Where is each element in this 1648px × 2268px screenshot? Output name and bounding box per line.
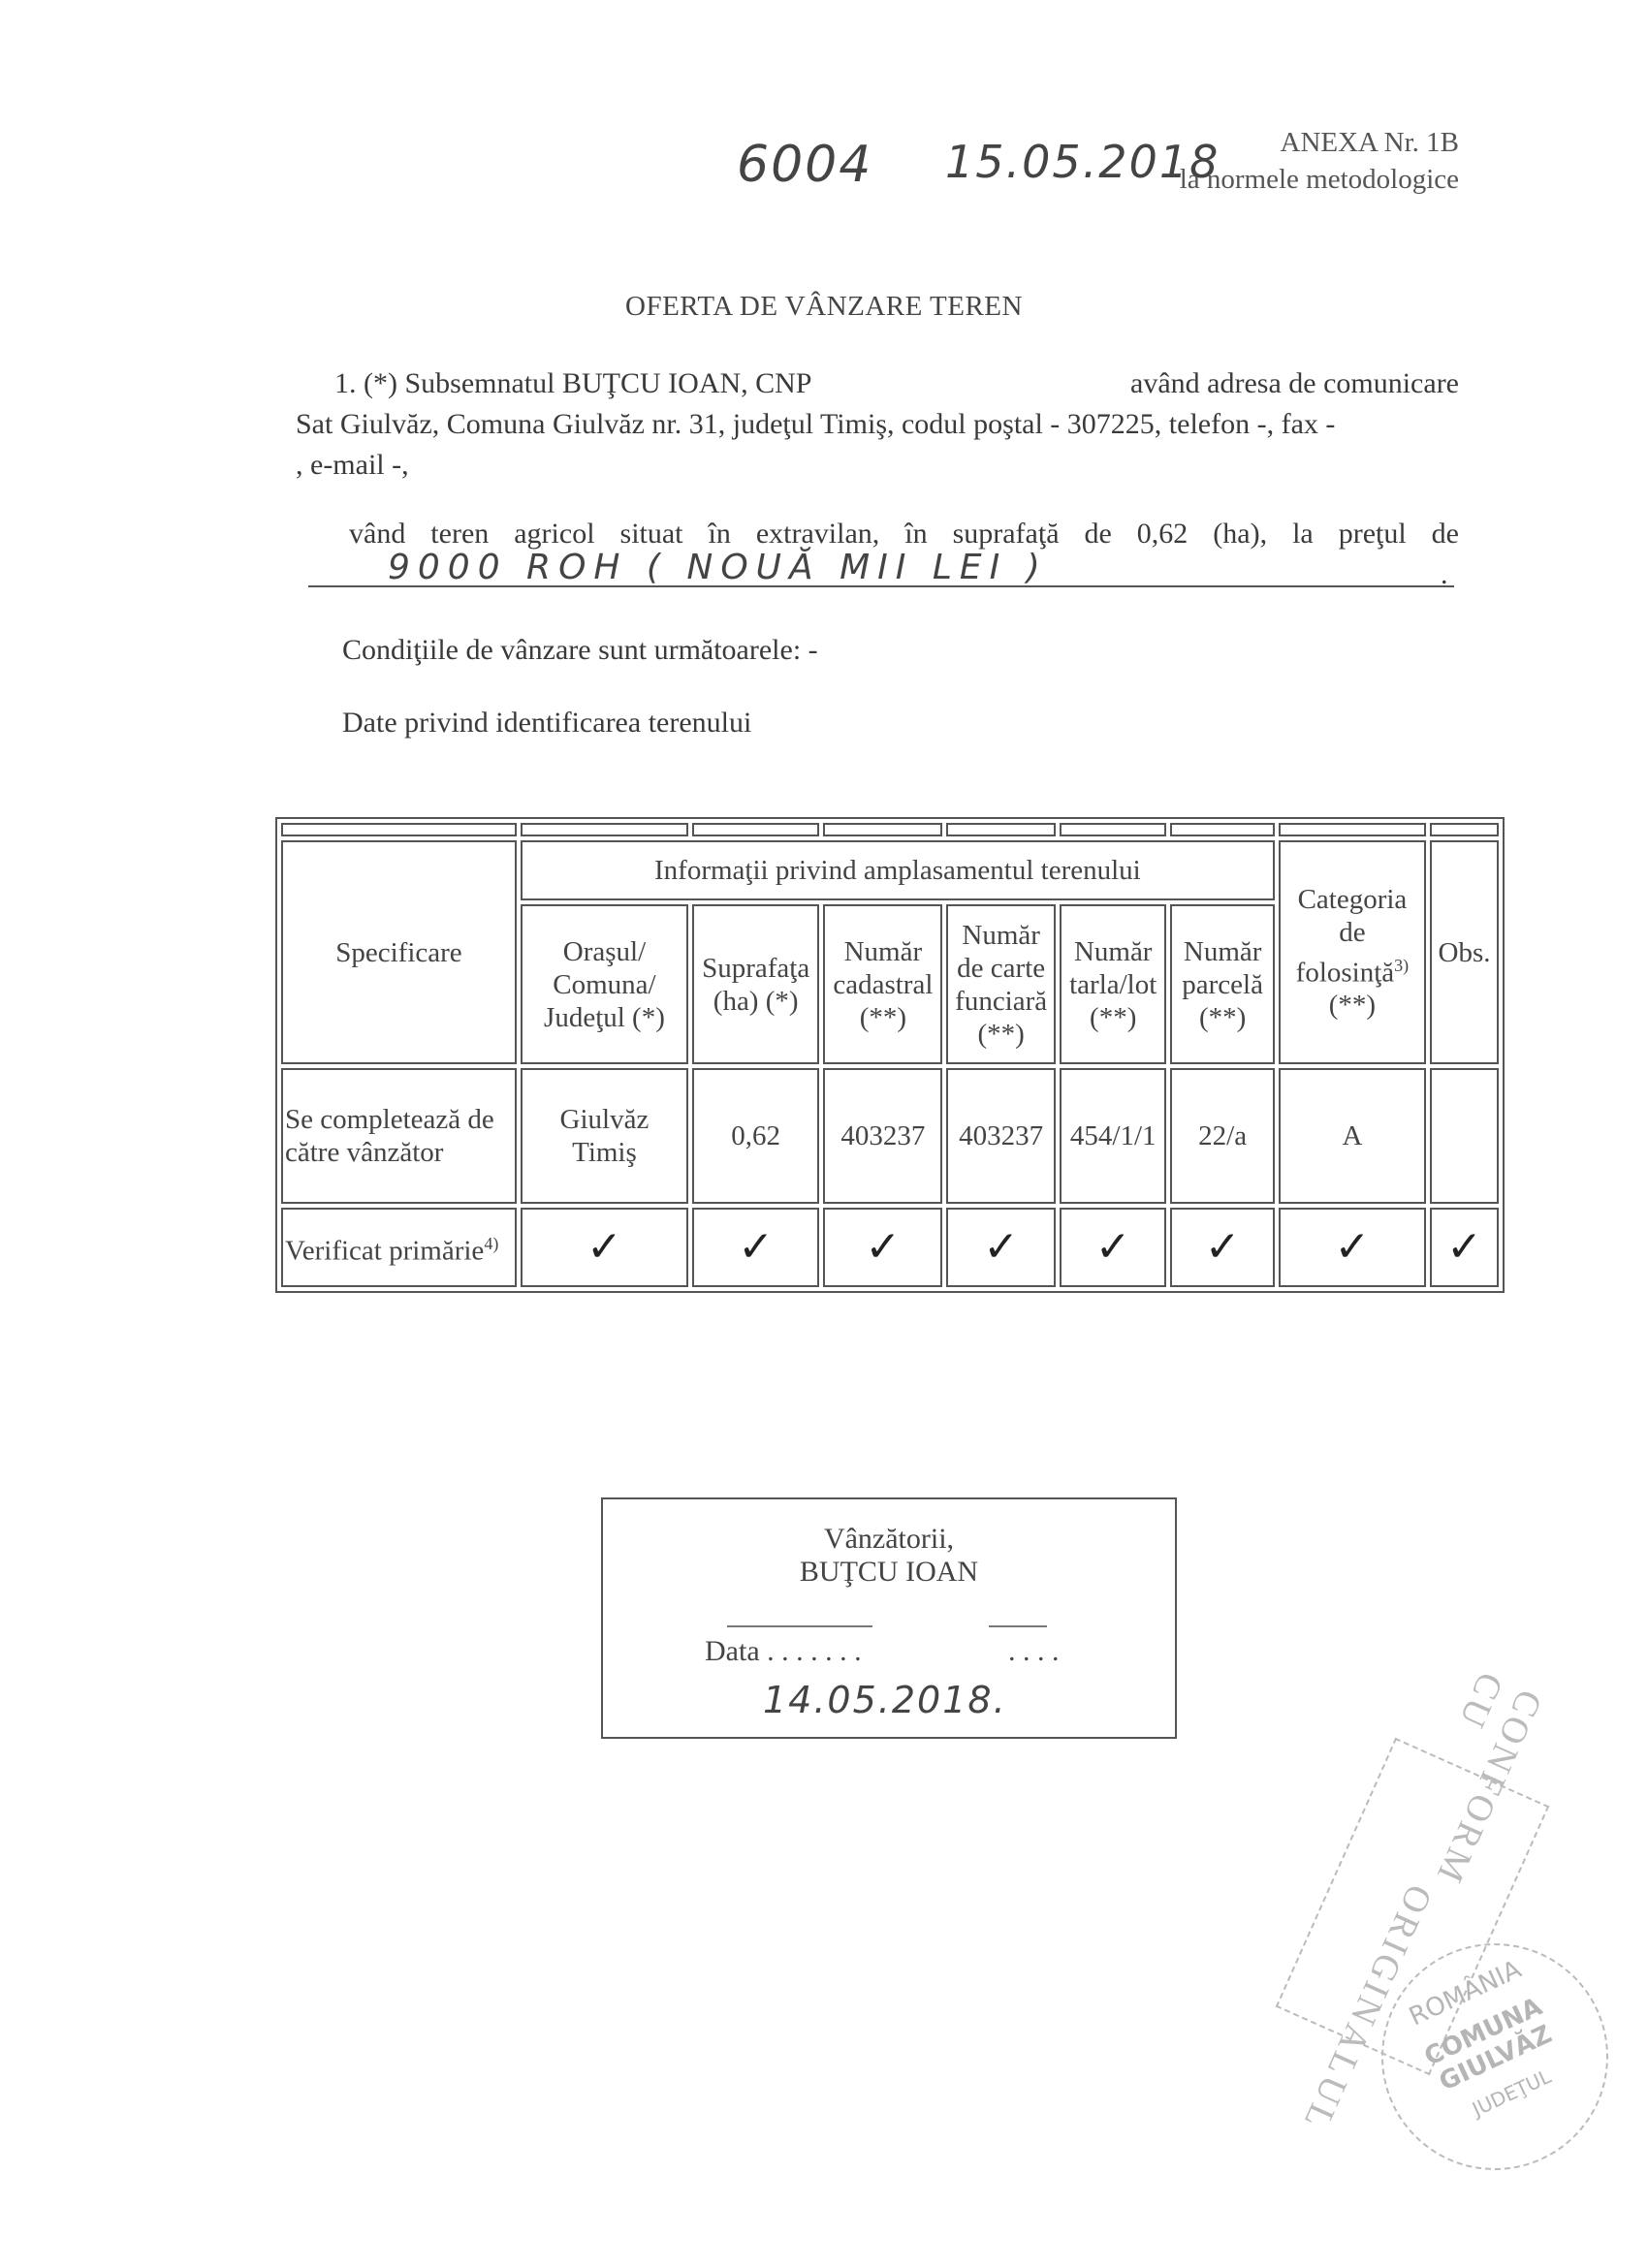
check-mark-icon: ✓	[823, 1208, 942, 1287]
seller-identity-paragraph: 1. (*) Subsemnatul BUŢCU IOAN, CNP având…	[296, 363, 1459, 486]
cell-land-book: 403237	[946, 1068, 1056, 1204]
annex-label-block: ANEXA Nr. 1B la normele metodologice	[1180, 124, 1459, 198]
table-spacer-row	[281, 823, 1499, 836]
seller-email: , e-mail -,	[296, 445, 1459, 486]
check-mark-icon: ✓	[1170, 1208, 1274, 1287]
header-obs: Obs.	[1430, 840, 1499, 1064]
land-identification-table: Specificare Informaţii privind amplasame…	[275, 817, 1505, 1293]
annex-label: ANEXA Nr. 1B	[1180, 124, 1459, 161]
cell-area: 0,62	[692, 1068, 819, 1204]
cell-tarla-lot: 454/1/1	[1060, 1068, 1167, 1204]
table-row-seller: Se completează de către vânzător Giulvăz…	[281, 1068, 1499, 1204]
check-mark-icon: ✓	[692, 1208, 819, 1287]
date-label: Data . . . . . . .	[705, 1635, 862, 1668]
document-title: OFERTA DE VÂNZARE TEREN	[0, 291, 1648, 323]
header-tarla-lot: Numărtarla/lot(**)	[1060, 904, 1167, 1064]
header-specificare: Specificare	[281, 840, 517, 1064]
sale-conditions: Condiţiile de vânzare sunt următoarele: …	[342, 630, 1505, 671]
header-category: Categoria de folosinţă3) (**)	[1279, 840, 1426, 1064]
identification-heading: Date privind identificarea terenului	[342, 703, 1505, 743]
seller-role: Vânzătorii,	[603, 1523, 1175, 1556]
address-label: având adresa de comunicare	[1130, 363, 1459, 404]
registration-number: 6004	[737, 136, 872, 194]
seller-name: BUŢCU IOAN	[603, 1556, 1175, 1589]
check-mark-icon: ✓	[1060, 1208, 1167, 1287]
cell-category: A	[1279, 1068, 1426, 1204]
price-handwritten: 9000 ROH ( NOUĂ MII LEI )	[388, 548, 1048, 587]
header-land-book: Numărde cartefunciară(**)	[946, 904, 1056, 1064]
annex-subtitle: la normele metodologice	[1180, 161, 1459, 198]
header-group-location: Informaţii privind amplasamentul terenul…	[521, 840, 1275, 900]
row-label-seller: Se completează de către vânzător	[281, 1068, 517, 1204]
check-mark-icon: ✓	[946, 1208, 1056, 1287]
table-row-verified: Verificat primărie4) ✓ ✓ ✓ ✓ ✓ ✓ ✓ ✓	[281, 1208, 1499, 1287]
cell-obs	[1430, 1068, 1499, 1204]
price-underline	[308, 585, 1454, 587]
header-city: Oraşul/Comuna/Judeţul (*)	[521, 904, 688, 1064]
row-label-verified: Verificat primărie4)	[281, 1208, 517, 1287]
header-cadastral: Numărcadastral(**)	[823, 904, 942, 1064]
header-area: Suprafaţa(ha) (*)	[692, 904, 819, 1064]
date-dots: . . . .	[1008, 1635, 1060, 1668]
cell-parcel: 22/a	[1170, 1068, 1274, 1204]
seller-address: Sat Giulvăz, Comuna Giulvăz nr. 31, jude…	[296, 404, 1459, 445]
signature-line	[727, 1625, 872, 1627]
header-parcel: Numărparcelă(**)	[1170, 904, 1274, 1064]
seller-intro: 1. (*) Subsemnatul BUŢCU IOAN, CNP	[296, 363, 812, 404]
check-mark-icon: ✓	[521, 1208, 688, 1287]
cell-cadastral: 403237	[823, 1068, 942, 1204]
date-handwritten: 14.05.2018.	[763, 1679, 1007, 1721]
signature-box: Vânzătorii, BUŢCU IOAN Data . . . . . . …	[601, 1497, 1177, 1739]
table-header-row-1: Specificare Informaţii privind amplasame…	[281, 840, 1499, 900]
signature-line-2	[989, 1625, 1047, 1627]
check-mark-icon: ✓	[1430, 1208, 1499, 1287]
check-mark-icon: ✓	[1279, 1208, 1426, 1287]
cell-city: Giulvăz Timiş	[521, 1068, 688, 1204]
price-period: .	[1441, 558, 1448, 591]
